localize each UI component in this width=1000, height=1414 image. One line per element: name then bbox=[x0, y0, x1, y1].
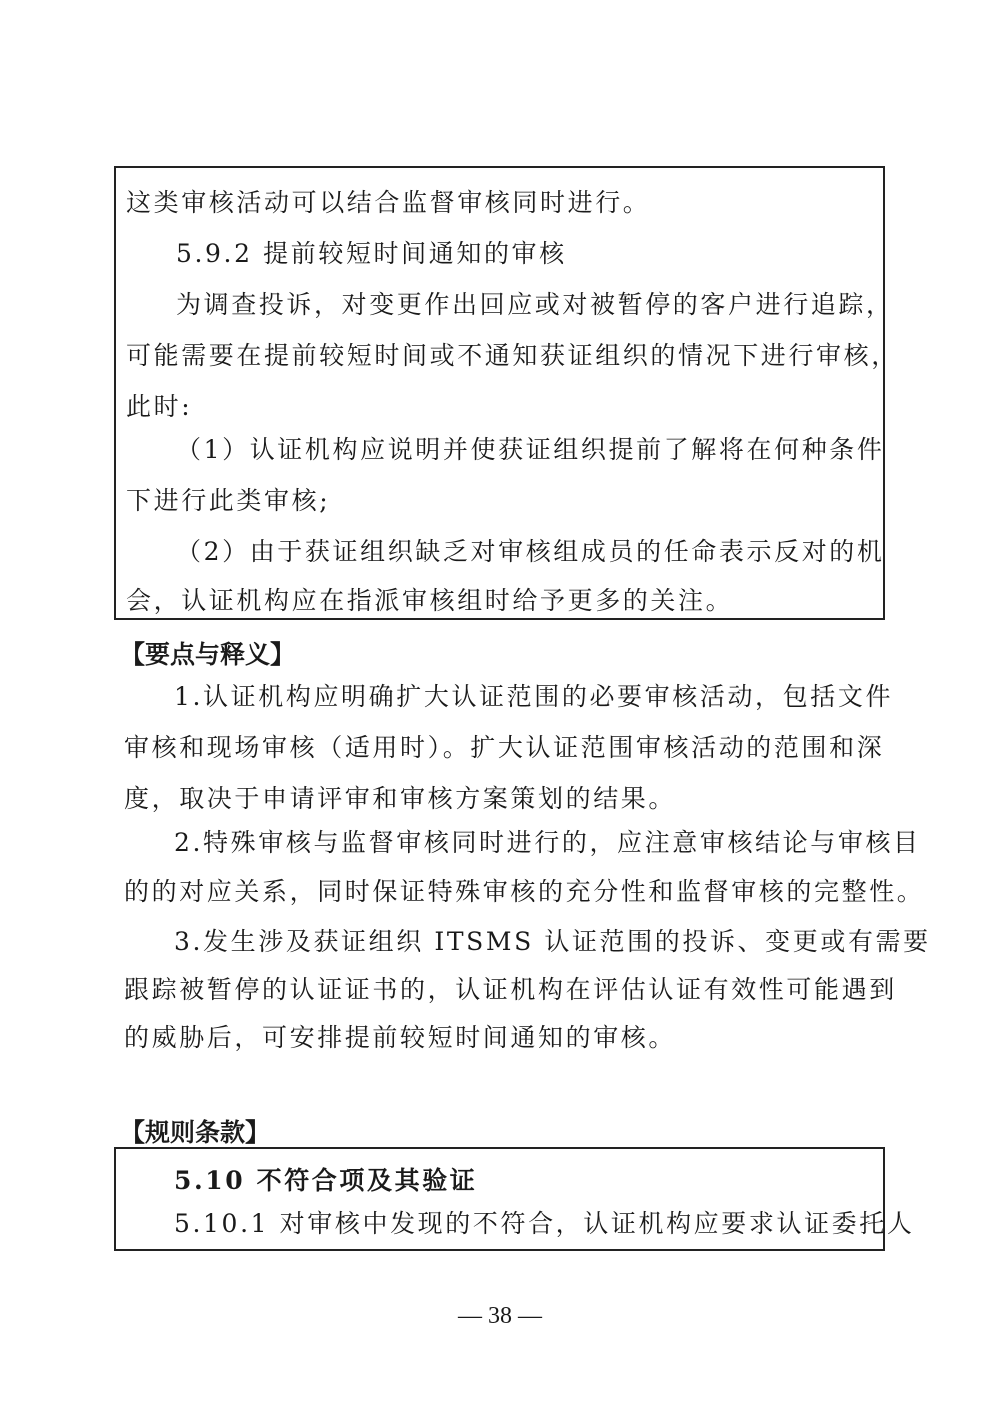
clause-title-5-9-2: 5.9.2 提前较短时间通知的审核 bbox=[176, 239, 567, 269]
text-line: （2）由于获证组织缺乏对审核组成员的任命表示反对的机 bbox=[176, 537, 885, 567]
paragraph-line: 1.认证机构应明确扩大认证范围的必要审核活动，包括文件 bbox=[174, 682, 893, 712]
section-heading-key-points: 【要点与释义】 bbox=[120, 635, 295, 671]
paragraph-line: 2.特殊审核与监督审核同时进行的，应注意审核结论与审核目 bbox=[174, 828, 921, 858]
paragraph-line: 的威胁后，可安排提前较短时间通知的审核。 bbox=[124, 1023, 676, 1053]
text-line: 为调查投诉，对变更作出回应或对被暂停的客户进行追踪， bbox=[176, 290, 894, 320]
paragraph-line: 审核和现场审核（适用时）。扩大认证范围审核活动的范围和深 bbox=[124, 733, 884, 763]
text-line: 下进行此类审核; bbox=[126, 486, 330, 516]
rule-clause-box-2: 5.10 不符合项及其验证 5.10.1 对审核中发现的不符合，认证机构应要求认… bbox=[114, 1147, 885, 1251]
page-number: — 38 — bbox=[0, 1303, 1000, 1330]
clause-title-5-10: 5.10 不符合项及其验证 bbox=[174, 1166, 477, 1196]
paragraph-line: 度，取决于申请评审和审核方案策划的结果。 bbox=[124, 784, 676, 814]
text-line: 可能需要在提前较短时间或不通知获证组织的情况下进行审核， bbox=[126, 341, 899, 371]
text-line: （1）认证机构应说明并使获证组织提前了解将在何种条件 bbox=[176, 435, 885, 465]
section-heading-rule-clauses: 【规则条款】 bbox=[120, 1113, 270, 1149]
paragraph-line: 3.发生涉及获证组织 ITSMS 认证范围的投诉、变更或有需要 bbox=[174, 927, 931, 957]
clause-text-5-10-1: 5.10.1 对审核中发现的不符合，认证机构应要求认证委托人 bbox=[174, 1209, 914, 1239]
text-line: 会，认证机构应在指派审核组时给予更多的关注。 bbox=[126, 586, 733, 616]
text-line: 此时: bbox=[126, 392, 192, 422]
rule-clause-box-1: 这类审核活动可以结合监督审核同时进行。 5.9.2 提前较短时间通知的审核 为调… bbox=[114, 166, 885, 620]
text-line: 这类审核活动可以结合监督审核同时进行。 bbox=[126, 188, 650, 218]
paragraph-line: 跟踪被暂停的认证证书的，认证机构在评估认证有效性可能遇到 bbox=[124, 975, 897, 1005]
paragraph-line: 的的对应关系，同时保证特殊审核的充分性和监督审核的完整性。 bbox=[124, 877, 924, 907]
